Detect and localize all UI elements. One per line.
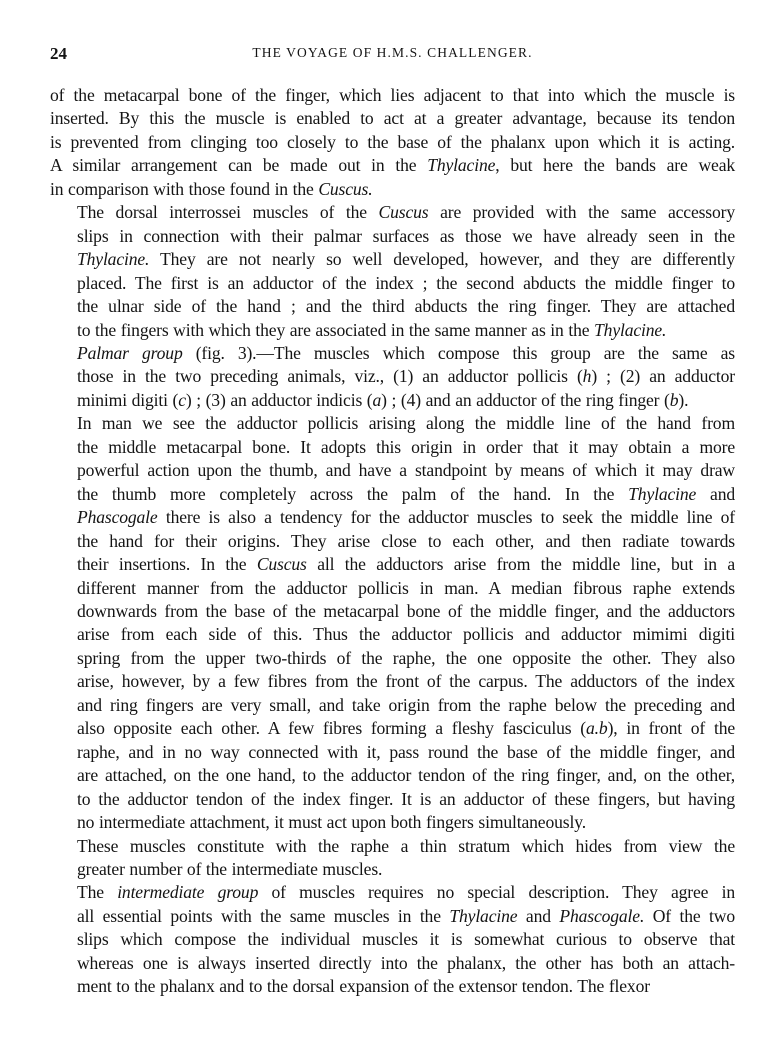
- text-run: the ulnar side of the hand ; and the thi…: [77, 296, 735, 316]
- text-run: The dorsal interrossei muscles of the: [77, 202, 379, 222]
- text-line: also opposite each other. A few fibres f…: [50, 717, 735, 740]
- text-line: their insertions. In the Cuscus all the …: [50, 553, 735, 576]
- text-run: of the metacarpal bone of the finger, wh…: [50, 85, 735, 105]
- text-run: Of the two: [644, 906, 735, 926]
- text-line: These muscles constitute with the raphe …: [50, 835, 735, 858]
- text-run: ) ; (3) an adductor indicis (: [186, 390, 373, 410]
- italic-text: Cuscus: [257, 554, 307, 574]
- text-line: arise, however, by a few fibres from the…: [50, 670, 735, 693]
- text-line: the ulnar side of the hand ; and the thi…: [50, 295, 735, 318]
- paragraph: The intermediate group of muscles requir…: [50, 881, 735, 998]
- text-run: arise, however, by a few fibres from the…: [77, 671, 735, 691]
- text-line: slips which compose the individual muscl…: [50, 928, 735, 951]
- text-run: those in the two preceding animals, viz.…: [77, 366, 583, 386]
- text-run: , but here the bands are weak: [495, 155, 735, 175]
- text-line: The intermediate group of muscles requir…: [50, 881, 735, 904]
- text-run: raphe, and in no way connected with it, …: [77, 742, 735, 762]
- text-run: spring from the upper two-thirds of the …: [77, 648, 735, 668]
- text-line: in comparison with those found in the Cu…: [50, 178, 735, 201]
- text-run: of muscles requires no special descripti…: [258, 882, 735, 902]
- text-line: the middle metacarpal bone. It adopts th…: [50, 436, 735, 459]
- text-line: no intermediate attachment, it must act …: [50, 811, 735, 834]
- text-line: are attached, on the one hand, to the ad…: [50, 764, 735, 787]
- text-line: greater number of the intermediate muscl…: [50, 858, 735, 881]
- text-line: arise from each side of this. Thus the a…: [50, 623, 735, 646]
- text-line: minimi digiti (c) ; (3) an adductor indi…: [50, 389, 735, 412]
- italic-text: Cuscus: [379, 202, 429, 222]
- text-run: ).: [678, 390, 688, 410]
- text-line: ment to the phalanx and to the dorsal ex…: [50, 975, 735, 998]
- text-run: no intermediate attachment, it must act …: [77, 812, 586, 832]
- text-run: different manner from the adductor polli…: [77, 578, 735, 598]
- text-line: Thylacine. They are not nearly so well d…: [50, 248, 735, 271]
- text-run: ) ; (2) an adductor: [591, 366, 735, 386]
- text-run: also opposite each other. A few fibres f…: [77, 718, 586, 738]
- italic-text: Thylacine.: [594, 320, 666, 340]
- text-run: minimi digiti (: [77, 390, 178, 410]
- text-line: raphe, and in no way connected with it, …: [50, 741, 735, 764]
- text-line: and ring fingers are very small, and tak…: [50, 694, 735, 717]
- text-run: A similar arrangement can be made out in…: [50, 155, 427, 175]
- text-run: In man we see the adductor pollicis aris…: [77, 413, 735, 433]
- text-run: The: [77, 882, 117, 902]
- text-line: In man we see the adductor pollicis aris…: [50, 412, 735, 435]
- italic-text: c: [178, 390, 186, 410]
- text-run: They are not nearly so well developed, h…: [149, 249, 735, 269]
- text-line: to the fingers with which they are assoc…: [50, 319, 735, 342]
- text-run: are provided with the same accessory: [428, 202, 735, 222]
- text-run: ) ; (4) and an adductor of the ring fing…: [381, 390, 670, 410]
- text-run: and: [517, 906, 559, 926]
- text-run: arise from each side of this. Thus the a…: [77, 624, 735, 644]
- text-run: whereas one is always inserted directly …: [77, 953, 735, 973]
- italic-text: a.b: [586, 718, 608, 738]
- paragraph: The dorsal interrossei muscles of the Cu…: [50, 201, 735, 342]
- paragraph: of the metacarpal bone of the finger, wh…: [50, 84, 735, 201]
- text-run: These muscles constitute with the raphe …: [77, 836, 735, 856]
- paragraph: In man we see the adductor pollicis aris…: [50, 412, 735, 834]
- text-line: Palmar group (fig. 3).—The muscles which…: [50, 342, 735, 365]
- italic-text: a: [373, 390, 382, 410]
- text-run: in comparison with those found in the: [50, 179, 318, 199]
- italic-text: Thylacine: [427, 155, 495, 175]
- text-run: all the adductors arise from the middle …: [307, 554, 735, 574]
- text-run: placed. The first is an adductor of the …: [77, 273, 735, 293]
- text-line: is prevented from clinging too closely t…: [50, 131, 735, 154]
- text-line: inserted. By this the muscle is enabled …: [50, 107, 735, 130]
- italic-text: Thylacine.: [77, 249, 149, 269]
- italic-text: intermediate group: [117, 882, 258, 902]
- page-header: 24 THE VOYAGE OF H.M.S. CHALLENGER.: [50, 44, 735, 68]
- italic-text: Cuscus.: [318, 179, 372, 199]
- text-run: the middle metacarpal bone. It adopts th…: [77, 437, 735, 457]
- text-run: to the fingers with which they are assoc…: [77, 320, 594, 340]
- text-line: the hand for their origins. They arise c…: [50, 530, 735, 553]
- text-run: to the adductor tendon of the index fing…: [77, 789, 735, 809]
- text-run: the thumb more completely across the pal…: [77, 484, 628, 504]
- text-line: those in the two preceding animals, viz.…: [50, 365, 735, 388]
- text-line: different manner from the adductor polli…: [50, 577, 735, 600]
- text-line: spring from the upper two-thirds of the …: [50, 647, 735, 670]
- text-run: all essential points with the same muscl…: [77, 906, 449, 926]
- text-line: whereas one is always inserted directly …: [50, 952, 735, 975]
- text-line: all essential points with the same muscl…: [50, 905, 735, 928]
- text-line: Phascogale there is also a tendency for …: [50, 506, 735, 529]
- text-run: are attached, on the one hand, to the ad…: [77, 765, 735, 785]
- text-run: slips in connection with their palmar su…: [77, 226, 735, 246]
- text-run: their insertions. In the: [77, 554, 257, 574]
- text-line: slips in connection with their palmar su…: [50, 225, 735, 248]
- italic-text: Thylacine: [628, 484, 696, 504]
- text-run: and: [696, 484, 735, 504]
- text-line: the thumb more completely across the pal…: [50, 483, 735, 506]
- text-run: inserted. By this the muscle is enabled …: [50, 108, 735, 128]
- text-run: powerful action upon the thumb, and have…: [77, 460, 735, 480]
- text-run: greater number of the intermediate muscl…: [77, 859, 382, 879]
- text-run: slips which compose the individual muscl…: [77, 929, 735, 949]
- text-line: The dorsal interrossei muscles of the Cu…: [50, 201, 735, 224]
- italic-text: Thylacine: [449, 906, 517, 926]
- text-run: ), in front of the: [608, 718, 735, 738]
- text-run: the hand for their origins. They arise c…: [77, 531, 735, 551]
- text-run: is prevented from clinging too closely t…: [50, 132, 735, 152]
- italic-text: Phascogale: [77, 507, 158, 527]
- running-title: THE VOYAGE OF H.M.S. CHALLENGER.: [50, 45, 735, 61]
- text-run: downwards from the base of the metacarpa…: [77, 601, 735, 621]
- text-line: powerful action upon the thumb, and have…: [50, 459, 735, 482]
- italic-text: Palmar group: [77, 343, 183, 363]
- body-text: of the metacarpal bone of the finger, wh…: [50, 84, 735, 999]
- text-line: A similar arrangement can be made out in…: [50, 154, 735, 177]
- text-run: ment to the phalanx and to the dorsal ex…: [77, 976, 650, 996]
- text-run: there is also a tendency for the adducto…: [158, 507, 735, 527]
- text-line: downwards from the base of the metacarpa…: [50, 600, 735, 623]
- text-line: of the metacarpal bone of the finger, wh…: [50, 84, 735, 107]
- italic-text: Phascogale.: [559, 906, 644, 926]
- paragraph: These muscles constitute with the raphe …: [50, 835, 735, 882]
- text-line: to the adductor tendon of the index fing…: [50, 788, 735, 811]
- text-run: (fig. 3).—The muscles which compose this…: [183, 343, 735, 363]
- paragraph: Palmar group (fig. 3).—The muscles which…: [50, 342, 735, 412]
- text-line: placed. The first is an adductor of the …: [50, 272, 735, 295]
- text-run: and ring fingers are very small, and tak…: [77, 695, 735, 715]
